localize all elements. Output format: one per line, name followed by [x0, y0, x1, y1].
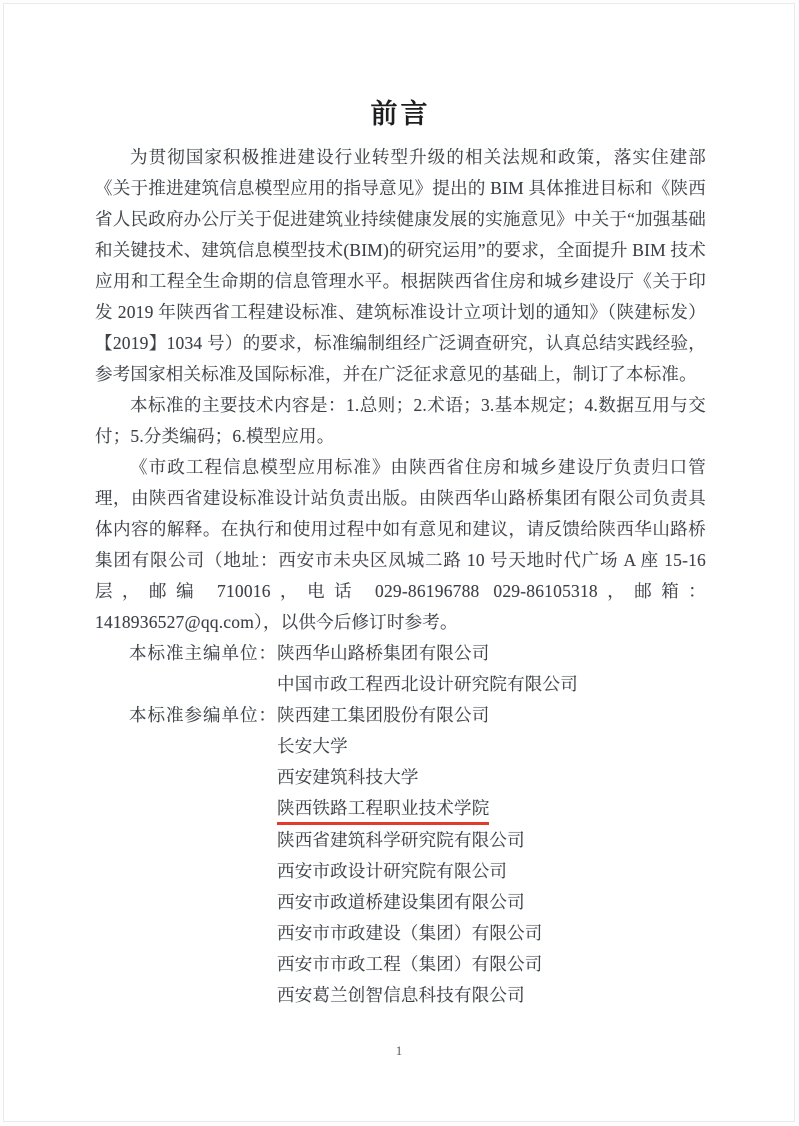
participant-org-highlighted: 陕西铁路工程职业技术学院 [277, 793, 706, 825]
participants-block: 本标准参编单位： 陕西建工集团股份有限公司 长安大学 西安建筑科技大学 陕西铁路… [95, 700, 706, 1011]
participant-org: 西安市市政工程（集团）有限公司 [277, 949, 706, 980]
participant-org: 西安建筑科技大学 [277, 762, 706, 793]
page-number: 1 [4, 1043, 794, 1059]
participants-label: 本标准参编单位： [129, 700, 277, 731]
participant-org: 西安市市政建设（集团）有限公司 [277, 918, 706, 949]
chief-editors-block: 本标准主编单位： 陕西华山路桥集团有限公司 中国市政工程西北设计研究院有限公司 [95, 638, 706, 700]
page-title: 前言 [95, 96, 706, 132]
participant-org: 陕西建工集团股份有限公司 [277, 700, 706, 731]
chief-editor-org: 陕西华山路桥集团有限公司 [277, 638, 706, 669]
participant-org: 西安市政设计研究院有限公司 [277, 856, 706, 887]
preface-paragraph-2: 本标准的主要技术内容是：1.总则；2.术语；3.基本规定；4.数据互用与交付；5… [95, 390, 706, 452]
chief-editors-label: 本标准主编单位： [129, 638, 277, 669]
red-underlined-text: 陕西铁路工程职业技术学院 [277, 794, 489, 825]
participant-org: 西安市政道桥建设集团有限公司 [277, 887, 706, 918]
preface-paragraph-3: 《市政工程信息模型应用标准》由陕西省住房和城乡建设厅负责归口管理，由陕西省建设标… [95, 452, 706, 638]
participant-org: 长安大学 [277, 731, 706, 762]
participant-org: 陕西省建筑科学研究院有限公司 [277, 825, 706, 856]
chief-editor-org: 中国市政工程西北设计研究院有限公司 [277, 669, 706, 700]
participant-org: 西安葛兰创智信息科技有限公司 [277, 980, 706, 1011]
participants-list: 陕西建工集团股份有限公司 长安大学 西安建筑科技大学 陕西铁路工程职业技术学院 … [277, 700, 706, 1011]
document-page: 前言 为贯彻国家积极推进建设行业转型升级的相关法规和政策，落实住建部《关于推进建… [3, 3, 795, 1122]
document-viewer: 前言 为贯彻国家积极推进建设行业转型升级的相关法规和政策，落实住建部《关于推进建… [0, 0, 799, 1126]
preface-paragraph-1: 为贯彻国家积极推进建设行业转型升级的相关法规和政策，落实住建部《关于推进建筑信息… [95, 142, 706, 390]
chief-editors-list: 陕西华山路桥集团有限公司 中国市政工程西北设计研究院有限公司 [277, 638, 706, 700]
